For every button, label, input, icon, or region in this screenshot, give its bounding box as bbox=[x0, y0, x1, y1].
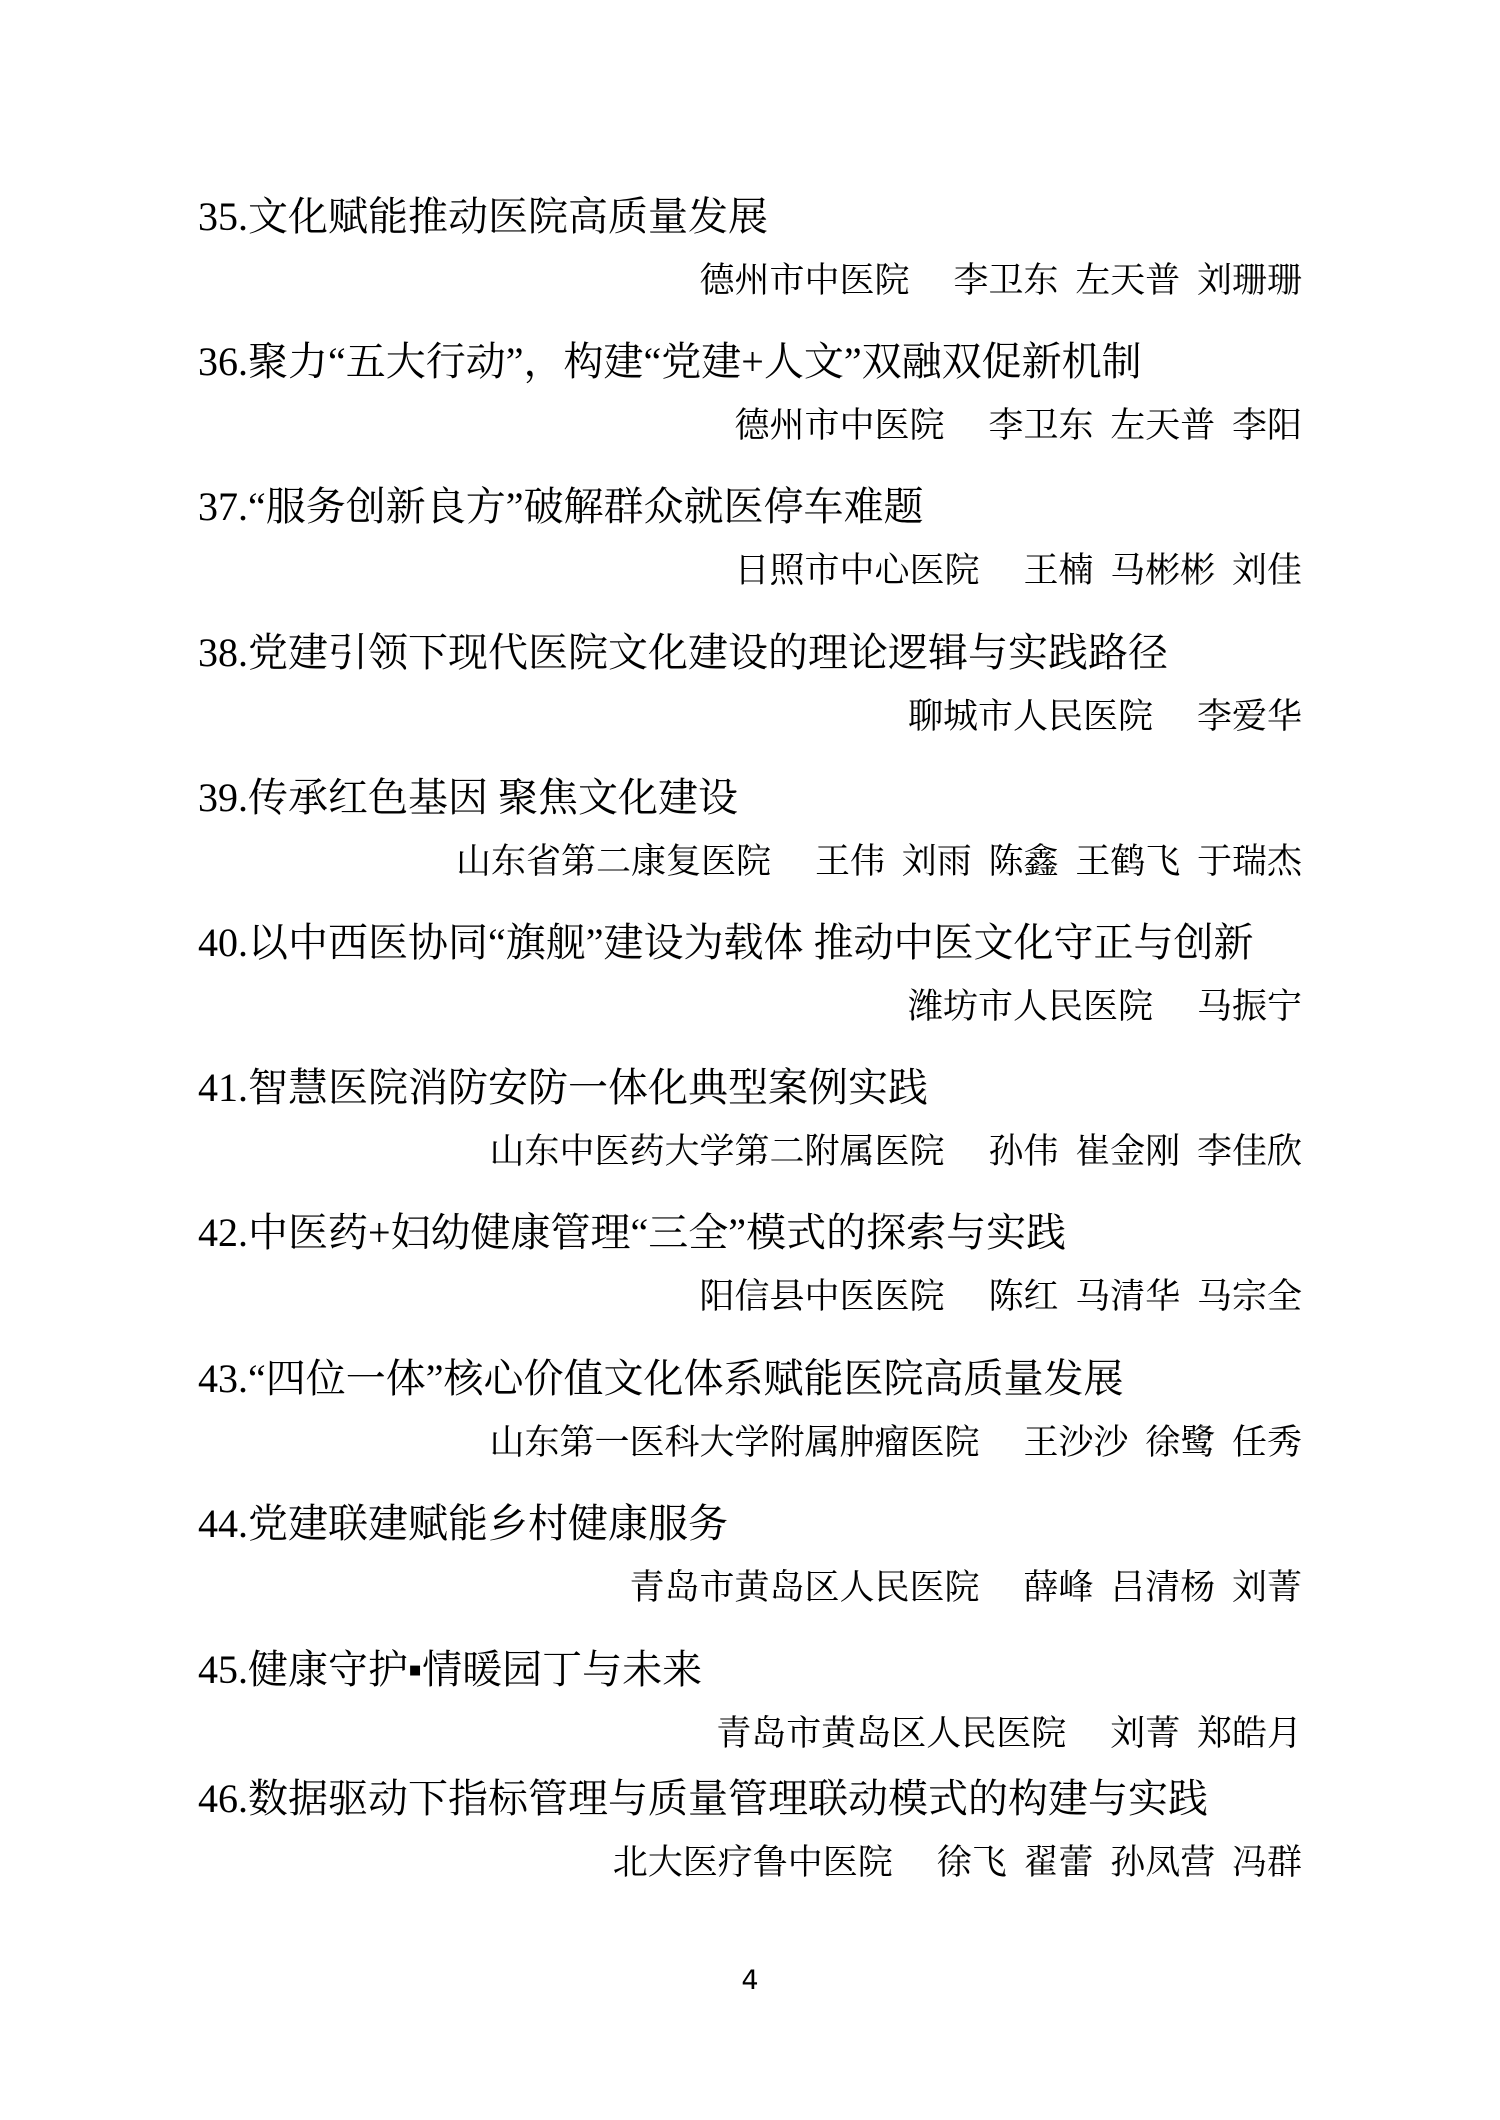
item-hospital: 山东第一医科大学附属肿瘤医院 bbox=[489, 1423, 979, 1462]
item-authors: 陈红 马清华 马宗全 bbox=[988, 1277, 1302, 1316]
item-authors: 李卫东 左天普 李阳 bbox=[988, 406, 1302, 445]
item-title: 42.中医药+妇幼健康管理“三全”模式的探索与实践 bbox=[198, 1211, 1302, 1255]
item-authors: 薛峰 吕清杨 刘菁 bbox=[1023, 1568, 1302, 1607]
list-item: 36.聚力“五大行动”，构建“党建+人文”双融双促新机制 德州市中医院李卫东 左… bbox=[198, 340, 1302, 448]
document-page: 35.文化赋能推动医院高质量发展 德州市中医院李卫东 左天普 刘珊珊 36.聚力… bbox=[0, 0, 1500, 2120]
item-hospital: 青岛市黄岛区人民医院 bbox=[629, 1568, 979, 1607]
item-authors: 孙伟 崔金刚 李佳欣 bbox=[988, 1132, 1302, 1171]
item-byline: 山东第一医科大学附属肿瘤医院王沙沙 徐鹭 任秀 bbox=[198, 1421, 1302, 1465]
list-item: 38.党建引领下现代医院文化建设的理论逻辑与实践路径 聊城市人民医院李爱华 bbox=[198, 631, 1302, 739]
item-hospital: 山东中医药大学第二附属医院 bbox=[489, 1132, 944, 1171]
list-item: 37.“服务创新良方”破解群众就医停车难题 日照市中心医院王楠 马彬彬 刘佳 bbox=[198, 485, 1302, 593]
item-hospital: 德州市中医院 bbox=[699, 261, 909, 300]
item-authors: 王伟 刘雨 陈鑫 王鹤飞 于瑞杰 bbox=[815, 842, 1302, 881]
item-hospital: 阳信县中医医院 bbox=[699, 1277, 944, 1316]
item-byline: 北大医疗鲁中医院徐飞 翟蕾 孙凤营 冯群 bbox=[198, 1841, 1302, 1885]
list-item: 45.健康守护▪情暖园丁与未来 青岛市黄岛区人民医院刘菁 郑皓月 bbox=[198, 1648, 1302, 1756]
item-title: 44.党建联建赋能乡村健康服务 bbox=[198, 1502, 1302, 1546]
item-byline: 山东省第二康复医院王伟 刘雨 陈鑫 王鹤飞 于瑞杰 bbox=[198, 840, 1302, 884]
item-authors: 徐飞 翟蕾 孙凤营 冯群 bbox=[937, 1843, 1302, 1882]
item-byline: 日照市中心医院王楠 马彬彬 刘佳 bbox=[198, 549, 1302, 593]
item-byline: 青岛市黄岛区人民医院刘菁 郑皓月 bbox=[198, 1712, 1302, 1756]
item-title: 46.数据驱动下指标管理与质量管理联动模式的构建与实践 bbox=[198, 1777, 1302, 1821]
item-title: 37.“服务创新良方”破解群众就医停车难题 bbox=[198, 485, 1302, 529]
item-title: 36.聚力“五大行动”，构建“党建+人文”双融双促新机制 bbox=[198, 340, 1302, 384]
page-number: 4 bbox=[0, 1966, 1500, 1996]
item-authors: 王楠 马彬彬 刘佳 bbox=[1023, 551, 1302, 590]
list-item: 44.党建联建赋能乡村健康服务 青岛市黄岛区人民医院薛峰 吕清杨 刘菁 bbox=[198, 1502, 1302, 1610]
item-hospital: 北大医疗鲁中医院 bbox=[613, 1843, 893, 1882]
item-byline: 潍坊市人民医院马振宁 bbox=[198, 985, 1302, 1029]
list-item: 39.传承红色基因 聚焦文化建设 山东省第二康复医院王伟 刘雨 陈鑫 王鹤飞 于… bbox=[198, 776, 1302, 884]
list-item: 40.以中西医协同“旗舰”建设为载体 推动中医文化守正与创新 潍坊市人民医院马振… bbox=[198, 921, 1302, 1029]
item-authors: 王沙沙 徐鹭 任秀 bbox=[1023, 1423, 1302, 1462]
item-authors: 马振宁 bbox=[1197, 987, 1302, 1026]
item-hospital: 聊城市人民医院 bbox=[908, 697, 1153, 736]
item-authors: 刘菁 郑皓月 bbox=[1110, 1714, 1302, 1753]
item-hospital: 日照市中心医院 bbox=[734, 551, 979, 590]
item-title: 39.传承红色基因 聚焦文化建设 bbox=[198, 776, 1302, 820]
item-byline: 德州市中医院李卫东 左天普 刘珊珊 bbox=[198, 259, 1302, 303]
item-hospital: 德州市中医院 bbox=[734, 406, 944, 445]
item-hospital: 潍坊市人民医院 bbox=[908, 987, 1153, 1026]
item-hospital: 青岛市黄岛区人民医院 bbox=[716, 1714, 1066, 1753]
item-authors: 李卫东 左天普 刘珊珊 bbox=[953, 261, 1302, 300]
list-item: 35.文化赋能推动医院高质量发展 德州市中医院李卫东 左天普 刘珊珊 bbox=[198, 195, 1302, 303]
list-item: 43.“四位一体”核心价值文化体系赋能医院高质量发展 山东第一医科大学附属肿瘤医… bbox=[198, 1357, 1302, 1465]
item-title: 38.党建引领下现代医院文化建设的理论逻辑与实践路径 bbox=[198, 631, 1302, 675]
item-byline: 青岛市黄岛区人民医院薛峰 吕清杨 刘菁 bbox=[198, 1566, 1302, 1610]
list-item: 42.中医药+妇幼健康管理“三全”模式的探索与实践 阳信县中医医院陈红 马清华 … bbox=[198, 1211, 1302, 1319]
item-title: 41.智慧医院消防安防一体化典型案例实践 bbox=[198, 1066, 1302, 1110]
item-title: 40.以中西医协同“旗舰”建设为载体 推动中医文化守正与创新 bbox=[198, 921, 1302, 965]
item-title: 45.健康守护▪情暖园丁与未来 bbox=[198, 1648, 1302, 1692]
item-byline: 德州市中医院李卫东 左天普 李阳 bbox=[198, 404, 1302, 448]
item-byline: 聊城市人民医院李爱华 bbox=[198, 695, 1302, 739]
item-hospital: 山东省第二康复医院 bbox=[456, 842, 771, 881]
item-title: 35.文化赋能推动医院高质量发展 bbox=[198, 195, 1302, 239]
item-byline: 阳信县中医医院陈红 马清华 马宗全 bbox=[198, 1275, 1302, 1319]
list-item: 41.智慧医院消防安防一体化典型案例实践 山东中医药大学第二附属医院孙伟 崔金刚… bbox=[198, 1066, 1302, 1174]
item-title: 43.“四位一体”核心价值文化体系赋能医院高质量发展 bbox=[198, 1357, 1302, 1401]
item-authors: 李爱华 bbox=[1197, 697, 1302, 736]
list-item: 46.数据驱动下指标管理与质量管理联动模式的构建与实践 北大医疗鲁中医院徐飞 翟… bbox=[198, 1777, 1302, 1885]
item-byline: 山东中医药大学第二附属医院孙伟 崔金刚 李佳欣 bbox=[198, 1130, 1302, 1174]
